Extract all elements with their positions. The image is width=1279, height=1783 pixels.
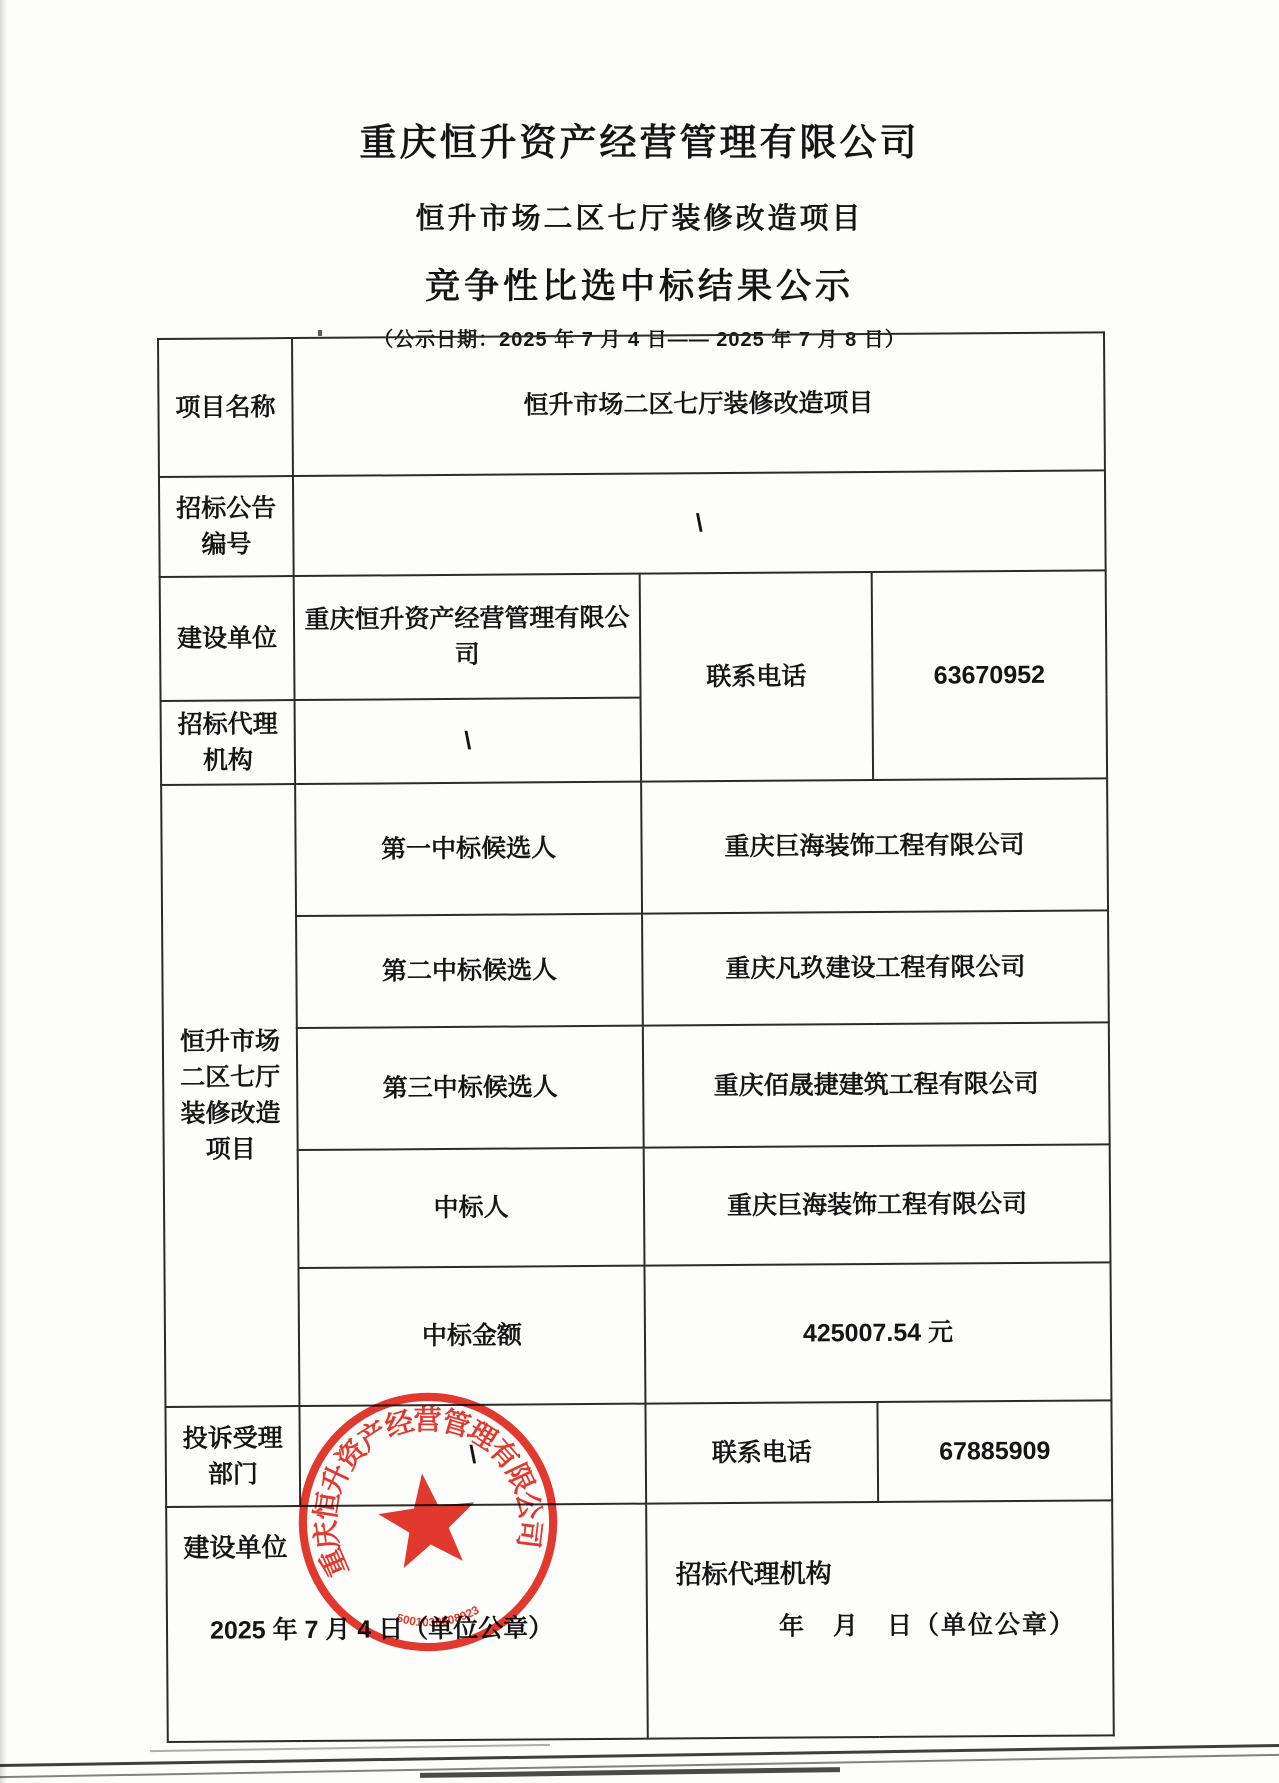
notice-no-value: \: [293, 470, 1106, 576]
winner-value: 重庆巨海装饰工程有限公司: [644, 1144, 1111, 1265]
scan-artifact-line: [150, 1744, 550, 1752]
scan-artifact-line: [0, 1744, 1279, 1767]
row-project-name: 项目名称 恒升市场二区七厅装修改造项目: [158, 332, 1105, 477]
project-name-label: 项目名称: [158, 338, 293, 477]
complaint-value: \: [299, 1404, 646, 1506]
complaint-phone-label: 联系电话: [645, 1402, 878, 1504]
scan-artifact-dot: [318, 330, 322, 336]
agency-label: 招标代理机构: [161, 700, 296, 785]
winner-label: 中标人: [298, 1148, 645, 1268]
company-title: 重庆恒升资产经营管理有限公司: [0, 112, 1279, 166]
row-candidate-2: 第二中标候选人 重庆凡玖建设工程有限公司: [162, 910, 1109, 1029]
construction-unit-value: 重庆恒升资产经营管理有限公司: [294, 574, 641, 700]
signature-left-title: 建设单位: [183, 1529, 287, 1567]
signature-cell-agency: 招标代理机构 年 月 日（单位公章）: [646, 1500, 1114, 1738]
contact-phone-label: 联系电话: [640, 572, 873, 782]
notice-no-label: 招标公告编号: [159, 476, 294, 577]
document-header: 重庆恒升资产经营管理有限公司 恒升市场二区七厅装修改造项目 竞争性比选中标结果公…: [0, 0, 1279, 352]
construction-unit-label: 建设单位: [160, 576, 295, 701]
candidate-2-label: 第二中标候选人: [296, 914, 643, 1028]
project-name-value: 恒升市场二区七厅装修改造项目: [292, 332, 1105, 476]
row-winner: 中标人 重庆巨海装饰工程有限公司: [164, 1144, 1111, 1269]
signature-right-title: 招标代理机构: [676, 1555, 832, 1594]
row-notice-no: 招标公告编号 \: [159, 470, 1106, 577]
candidate-1-label: 第一中标候选人: [295, 782, 642, 916]
row-signatures: 建设单位 2025 年 7 月 4 日（单位公章） 招标代理机构 年 月 日（单…: [166, 1500, 1114, 1742]
candidate-3-label: 第三中标候选人: [297, 1026, 644, 1150]
row-bid-amount: 中标金额 425007.54 元: [164, 1262, 1111, 1407]
bid-amount-label: 中标金额: [298, 1266, 645, 1406]
row-complaint: 投诉受理部门 \ 联系电话 67885909: [165, 1400, 1112, 1507]
signature-right-date: 年 月 日（单位公章）: [779, 1606, 1076, 1644]
bid-amount-value: 425007.54 元: [644, 1262, 1111, 1403]
candidate-1-value: 重庆巨海装饰工程有限公司: [641, 778, 1108, 913]
bid-group-label: 恒升市场二区七厅装修改造项目: [161, 784, 299, 1407]
announcement-title: 竞争性比选中标结果公示: [0, 259, 1279, 309]
complaint-label: 投诉受理部门: [165, 1406, 300, 1507]
row-construction-unit: 建设单位 重庆恒升资产经营管理有限公司 联系电话 63670952: [160, 570, 1107, 701]
row-candidate-1: 恒升市场二区七厅装修改造项目 第一中标候选人 重庆巨海装饰工程有限公司: [161, 778, 1108, 917]
agency-value: \: [295, 698, 642, 784]
row-candidate-3: 第三中标候选人 重庆佰晟捷建筑工程有限公司: [163, 1022, 1110, 1151]
signature-left-date: 2025 年 7 月 4 日（单位公章）: [210, 1610, 553, 1649]
candidate-3-value: 重庆佰晟捷建筑工程有限公司: [643, 1022, 1110, 1147]
contact-phone-value: 63670952: [872, 570, 1107, 780]
project-title: 恒升市场二区七厅装修改造项目: [0, 196, 1279, 237]
scan-edge-shadow: [0, 0, 7, 1783]
scanned-document-page: 重庆恒升资产经营管理有限公司 恒升市场二区七厅装修改造项目 竞争性比选中标结果公…: [0, 0, 1279, 1783]
signature-cell-construction-unit: 建设单位 2025 年 7 月 4 日（单位公章）: [166, 1504, 648, 1742]
complaint-phone-value: 67885909: [877, 1400, 1112, 1502]
result-table: 项目名称 恒升市场二区七厅装修改造项目 招标公告编号 \ 建设单位 重庆恒升资产…: [157, 331, 1115, 1743]
candidate-2-value: 重庆凡玖建设工程有限公司: [642, 910, 1109, 1025]
